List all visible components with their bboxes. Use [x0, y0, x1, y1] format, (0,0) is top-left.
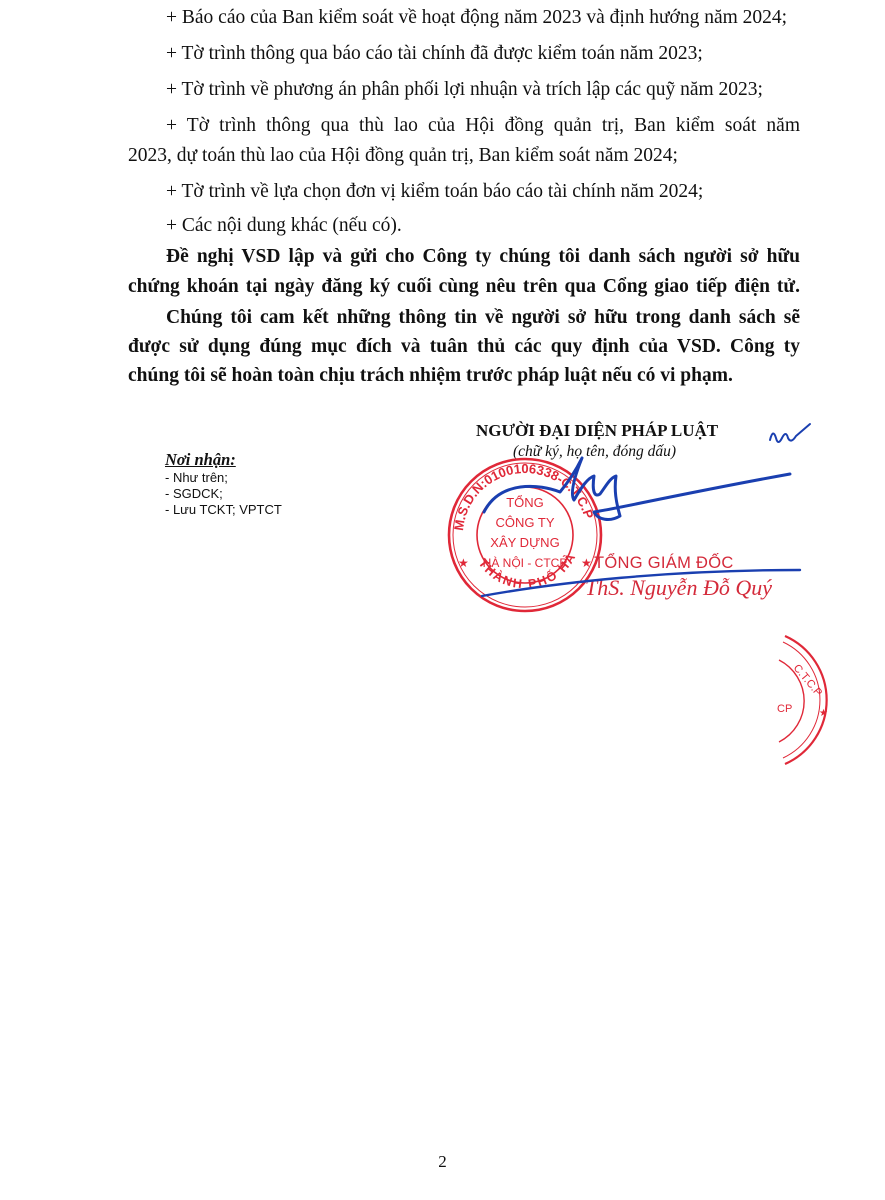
svg-text:CP: CP [777, 703, 792, 715]
recipient-item: - Như trên; [165, 470, 282, 486]
signatory-position: TỔNG GIÁM ĐỐC [594, 554, 734, 573]
star-icon: ★ [819, 708, 828, 719]
agenda-item-continuation: 2023, dự toán thù lao của Hội đồng quản … [128, 144, 800, 168]
stamp-center-line: CÔNG TY [496, 515, 555, 530]
recipient-item: - Lưu TCKT; VPTCT [165, 502, 282, 518]
commitment-paragraph-line: Chúng tôi cam kết những thông tin về ngư… [166, 306, 800, 330]
request-paragraph-line: Đề nghị VSD lập và gửi cho Công ty chúng… [166, 245, 800, 269]
recipients-title: Nơi nhận: [165, 450, 282, 470]
agenda-item: + Các nội dung khác (nếu có). [166, 214, 800, 238]
star-icon: ★ [458, 556, 469, 570]
signature-title: NGƯỜI ĐẠI DIỆN PHÁP LUẬT [476, 421, 718, 441]
signatory-name: ThS. Nguyễn Đỗ Quý [585, 575, 772, 601]
recipient-item: - SGDCK; [165, 486, 282, 502]
request-paragraph-line: chứng khoán tại ngày đăng ký cuối cùng n… [128, 275, 800, 299]
agenda-item: + Tờ trình về phương án phân phối lợi nh… [166, 78, 800, 102]
commitment-paragraph-line: được sử dụng đúng mục đích và tuân thủ c… [128, 335, 800, 359]
agenda-item: + Tờ trình thông qua thù lao của Hội đồn… [166, 114, 800, 138]
agenda-item: + Tờ trình về lựa chọn đơn vị kiểm toán … [166, 180, 800, 204]
agenda-item: + Tờ trình thông qua báo cáo tài chính đ… [166, 42, 800, 66]
agenda-item: + Báo cáo của Ban kiểm soát về hoạt động… [166, 6, 800, 30]
company-stamp: M.S.D.N:0100106338-C.T.C.P THÀNH PHỐ HÀ … [445, 455, 605, 615]
recipients-block: Nơi nhận: - Như trên; - SGDCK; - Lưu TCK… [165, 450, 282, 518]
stamp-center-line: HÀ NỘI - CTCP [483, 555, 568, 570]
commitment-paragraph-line: chúng tôi sẽ hoàn toàn chịu trách nhiệm … [128, 364, 800, 388]
document-page: + Báo cáo của Ban kiểm soát về hoạt động… [0, 0, 885, 1200]
stamp-center-line: XÂY DỰNG [490, 535, 559, 550]
star-icon: ★ [581, 556, 592, 570]
partial-stamp: C.T.C.P ★ CP [775, 630, 845, 770]
page-number: 2 [0, 1152, 885, 1172]
stamp-center-line: TỔNG [506, 495, 544, 510]
